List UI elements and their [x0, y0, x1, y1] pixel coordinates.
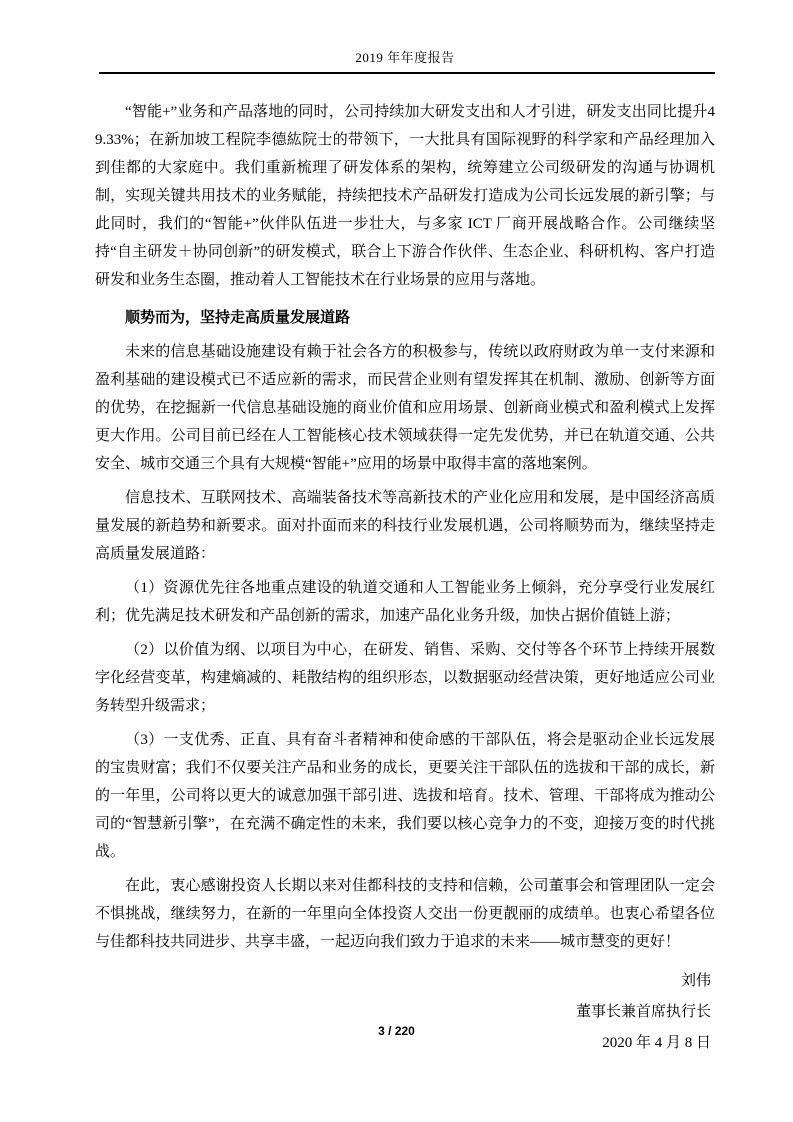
trend-paragraph: 信息技术、互联网技术、高端装备技术等高新技术的产业化应用和发展，是中国经济高质量…: [95, 484, 715, 568]
infrastructure-paragraph: 未来的信息基础设施建设有赖于社会各方的积极参与，传统以政府财政为单一支付来源和盈…: [95, 338, 715, 478]
page-number: 3 / 220: [0, 1024, 793, 1038]
header-divider: [99, 72, 715, 74]
intro-paragraph: “智能+”业务和产品落地的同时，公司持续加大研发支出和人才引进，研发支出同比提升…: [95, 98, 715, 294]
report-page: 2019 年年度报告 “智能+”业务和产品落地的同时，公司持续加大研发支出和人才…: [0, 0, 793, 1122]
report-header-title: 2019 年年度报告: [95, 48, 715, 68]
signature-block: 刘伟 董事长兼首席执行长 2020 年 4 月 8 日: [95, 966, 715, 1059]
closing-paragraph: 在此，衷心感谢投资人长期以来对佳都科技的支持和信赖，公司董事会和管理团队一定会不…: [95, 872, 715, 956]
numbered-item-3: （3）一支优秀、正直、具有奋斗者精神和使命感的干部队伍，将会是驱动企业长远发展的…: [95, 726, 715, 866]
page-header: 2019 年年度报告: [95, 48, 715, 74]
letter-body: “智能+”业务和产品落地的同时，公司持续加大研发支出和人才引进，研发支出同比提升…: [95, 98, 715, 1059]
signature-name: 刘伟: [95, 966, 711, 997]
numbered-item-1: （1）资源优先往各地重点建设的轨道交通和人工智能业务上倾斜，充分享受行业发展红利…: [95, 574, 715, 630]
numbered-item-2: （2）以价值为纲、以项目为中心，在研发、销售、采购、交付等各个环节上持续开展数字…: [95, 636, 715, 720]
section-heading: 顺势而为，坚持走高质量发展道路: [95, 304, 715, 332]
